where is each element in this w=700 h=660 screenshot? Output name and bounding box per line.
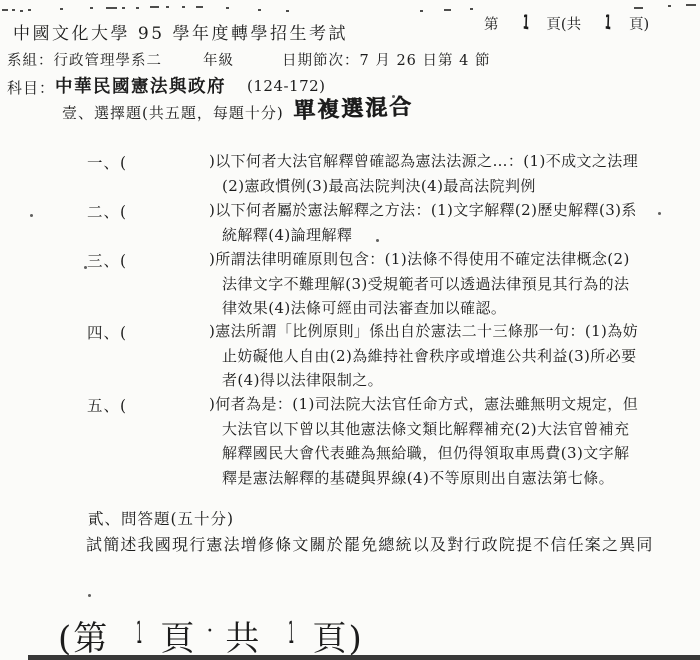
question-3-text: )所謂法律明確原則包含：(1)法條不得使用不確定法律概念(2) 法律文字不難理解… (209, 249, 664, 323)
scan-noise-dash (60, 8, 63, 10)
subject-name: 中華民國憲法與政府 (55, 73, 226, 98)
scan-noise-dash (258, 9, 261, 11)
scan-noise-dash (28, 9, 31, 11)
question-line: 統解釋(4)論理解釋 (222, 225, 664, 250)
handwritten-page-number: 1 (522, 13, 529, 32)
question-line: )以下何者屬於憲法解釋之方法：(1)文字解釋(2)歷史解釋(3)系 (209, 200, 664, 225)
scan-noise-dash (286, 10, 289, 12)
question-1-text: )以下何者大法官解釋曾確認為憲法法源之…：(1)不成文之法理 (2)憲政慣例(3… (209, 151, 664, 200)
question-line: )所謂法律明確原則包含：(1)法條不得使用不確定法律概念(2) (209, 249, 664, 274)
handwritten-note: 單複選混合 (292, 90, 413, 125)
question-line: )何者為是：(1)司法院大法官任命方式，憲法雖無明文規定，但 (209, 394, 664, 419)
question-line: 釋是憲法解釋的基礎與界線(4)不等原則出自憲法第七條。 (222, 468, 664, 493)
scan-edge-bar (28, 655, 700, 660)
footer-close: 頁) (312, 611, 363, 660)
scan-noise-dash (444, 9, 451, 11)
pageno-suffix: 頁) (629, 13, 649, 34)
page-number-header: 第 1 頁(共 1 頁) (484, 13, 655, 34)
question-5-text: )何者為是：(1)司法院大法官任命方式，憲法雖無明文規定，但 大法官以下曾以其他… (209, 394, 664, 492)
scan-noise-dash (470, 8, 473, 10)
page-number-footer: (第 1 頁 · 共 1 頁) (58, 611, 374, 660)
scan-noise-dot (88, 594, 91, 597)
scan-noise-dash (420, 10, 423, 12)
question-line: 法律文字不難理解(3)受規範者可以透過法律預見其行為的法 (222, 274, 664, 299)
scan-noise-dash (20, 10, 23, 12)
scan-noise-dash (226, 7, 229, 9)
question-2-text: )以下何者屬於憲法解釋之方法：(1)文字解釋(2)歷史解釋(3)系 統解釋(4)… (209, 200, 664, 249)
scan-noise-dash (668, 5, 671, 7)
question-1-number: 一、( (87, 151, 127, 173)
scan-noise-dash (2, 9, 8, 11)
scan-noise-dash (150, 6, 159, 8)
question-line: (2)憲政慣例(3)最高法院判決(4)最高法院判例 (222, 176, 664, 201)
scan-noise-dash (122, 7, 125, 9)
scan-noise-dash (136, 7, 139, 9)
grade-label: 年級 (203, 49, 234, 70)
question-2-number: 二、( (87, 200, 127, 222)
scan-noise-dash (634, 7, 643, 9)
handwritten-page-number: 1 (137, 625, 143, 643)
footer-total-word: 共 (225, 611, 261, 660)
question-4-number: 四、( (87, 321, 127, 343)
scan-noise-dash (166, 6, 169, 8)
question-line: )憲法所謂「比例原則」係出自於憲法二十三條那一句：(1)為妨 (209, 321, 664, 346)
question-line: 律效果(4)法條可經由司法審查加以確認。 (222, 298, 664, 323)
date-session-label: 日期節次：7 月 26 日第 4 節 (282, 49, 490, 70)
footer-page-word: 頁 (160, 611, 196, 660)
footer-open: (第 (58, 611, 109, 660)
exam-title: 中國文化大學 95 學年度轉學招生考試 (13, 19, 348, 44)
scanned-exam-page: 中國文化大學 95 學年度轉學招生考試 第 1 頁(共 1 頁) 系組：行政管理… (0, 0, 700, 660)
section2-heading: 貳、問答題(五十分) (88, 507, 234, 529)
question-3-number: 三、( (87, 249, 127, 271)
question-line: 大法官以下曾以其他憲法條文類比解釋補充(2)大法官曾補充 (222, 419, 664, 444)
question-line: 止妨礙他人自由(2)為維持社會秩序或增進公共利益(3)所必要 (222, 346, 664, 371)
handwritten-total-pages: 1 (605, 13, 612, 32)
question-4-text: )憲法所謂「比例原則」係出自於憲法二十三條那一句：(1)為妨 止妨礙他人自由(2… (209, 321, 664, 395)
scan-noise-dash (182, 6, 185, 8)
handwritten-total-pages: 1 (289, 625, 295, 643)
question-5-number: 五、( (87, 394, 127, 416)
scan-noise-dash (106, 7, 117, 9)
question-line: )以下何者大法官解釋曾確認為憲法法源之…：(1)不成文之法理 (209, 151, 664, 176)
pageno-mid: 頁(共 (546, 13, 581, 34)
scan-noise-dash (196, 6, 203, 8)
question-line: 者(4)得以法律限制之。 (222, 370, 664, 395)
section1-heading: 壹、選擇題(共五題，每題十分) (62, 102, 284, 123)
scan-noise-dash (686, 4, 696, 6)
subject-field-label: 科目： (7, 77, 55, 98)
scan-noise-dash (12, 9, 15, 11)
essay-question: 試簡述我國現行憲法增修條文關於罷免總統以及對行政院提不信任案之異同 (86, 532, 654, 555)
department-label: 系組：行政管理學系二 (7, 49, 162, 70)
footer-separator-dot: · (206, 619, 215, 644)
subject-code: (124-172) (247, 77, 326, 95)
pageno-prefix: 第 (484, 13, 499, 34)
scan-noise-dash (90, 7, 93, 9)
question-line: 解釋國民大會代表雖為無給職，但仍得領取車馬費(3)文字解 (222, 443, 664, 468)
scan-noise-dot (30, 214, 33, 217)
